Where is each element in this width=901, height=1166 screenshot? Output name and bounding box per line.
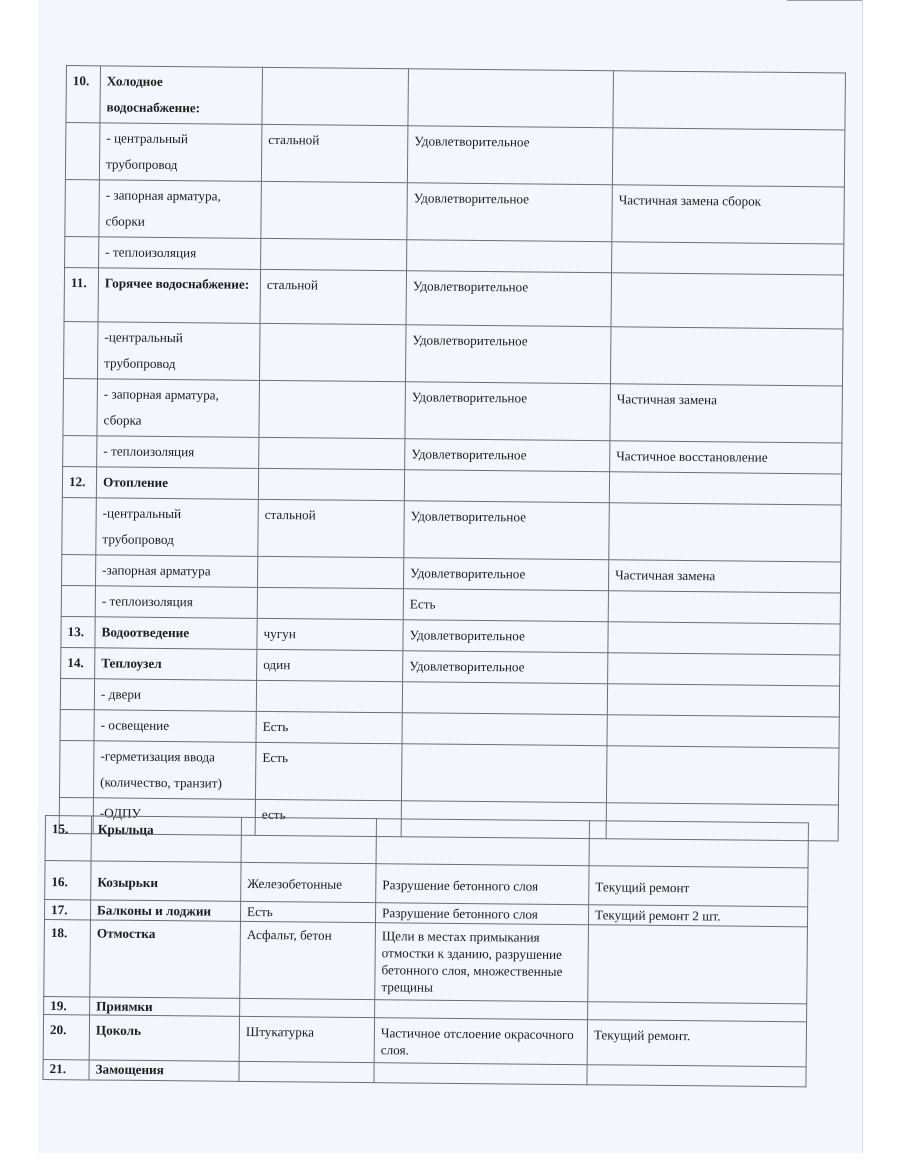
row-number: 14. [61, 647, 95, 678]
table-row: -герметизация ввода (количество, транзит… [59, 740, 839, 804]
row-number [63, 321, 98, 378]
item-material: один [257, 649, 403, 681]
item-name: Горячее водоснабжение: [98, 268, 261, 324]
item-material: Есть [255, 742, 402, 800]
item-condition: Разрушение бетонного слоя [376, 864, 589, 905]
item-action [610, 327, 843, 386]
item-name: Замощения [89, 1060, 239, 1081]
item-action [612, 242, 844, 275]
item-name: -герметизация ввода (количество, транзит… [93, 741, 256, 800]
row-number [59, 740, 94, 797]
item-material: стальной [258, 499, 405, 557]
item-material [262, 67, 409, 125]
item-condition: Удовлетворительное [407, 126, 613, 185]
item-condition [402, 713, 607, 746]
item-condition: Удовлетворительное [403, 558, 608, 591]
item-name: Балконы и лоджии [90, 900, 240, 921]
row-number: 18. [44, 920, 91, 997]
table-row: -центральный трубопровод Удовлетворитель… [63, 321, 843, 385]
table-row-11: 11. Горячее водоснабжение: стальной Удов… [64, 267, 843, 328]
item-condition: Удовлетворительное [405, 325, 611, 384]
item-name: Крыльца [91, 816, 241, 862]
item-condition: Удовлетворительное [403, 651, 608, 684]
item-action [589, 821, 808, 868]
page-edge-line [787, 0, 862, 1]
item-name: - запорная арматура, сборка [97, 379, 260, 438]
item-name: Отопление [96, 467, 258, 500]
item-condition [404, 470, 609, 503]
item-condition: Щели в местах примыкания отмостки к здан… [375, 923, 589, 1002]
item-action: Текущий ремонт. [587, 1020, 806, 1067]
item-action [607, 684, 839, 717]
row-number [63, 435, 97, 466]
row-number: 10. [66, 66, 101, 123]
item-action [588, 1002, 807, 1022]
row-number: 12. [62, 466, 96, 497]
item-material [257, 587, 403, 619]
item-condition: Удовлетворительное [405, 439, 610, 472]
row-number: 21. [43, 1059, 89, 1079]
row-number: 20. [43, 1014, 89, 1059]
item-condition: Удовлетворительное [403, 620, 608, 653]
item-material: Есть [240, 901, 375, 922]
item-name: - запорная арматура, сборки [99, 180, 262, 239]
item-condition [375, 1000, 588, 1020]
table-row: - центральный трубопровод стальной Удовл… [65, 123, 845, 187]
item-material [257, 556, 403, 588]
table-row-18: 18. Отмостка Асфальт, бетон Щели в места… [44, 920, 808, 1004]
row-number [65, 123, 100, 180]
item-material [258, 468, 404, 500]
item-material: чугун [257, 618, 403, 650]
row-number: 19. [44, 996, 90, 1014]
item-action [608, 622, 840, 655]
item-name: - теплоизоляция [97, 436, 259, 469]
item-name: - центральный трубопровод [99, 123, 262, 182]
item-name: Теплоузел [95, 648, 257, 681]
item-action [608, 653, 840, 686]
item-material [241, 817, 376, 863]
item-name: Цоколь [89, 1015, 239, 1061]
item-material [259, 437, 405, 469]
row-number [65, 236, 99, 267]
row-number [61, 585, 95, 616]
item-material [240, 998, 375, 1017]
item-material: Железобетонные [241, 862, 376, 902]
row-number [62, 554, 96, 585]
item-condition [407, 240, 612, 273]
row-number: 16. [45, 861, 91, 900]
item-name: - теплоизоляция [95, 586, 257, 619]
item-material: Асфальт, бетон [240, 921, 376, 999]
item-action: Текущий ремонт 2 шт. [588, 905, 807, 927]
item-material [239, 1061, 374, 1082]
item-name: - освещение [94, 710, 256, 743]
item-condition [408, 69, 614, 128]
item-action [609, 472, 841, 505]
table-row: -центральный трубопровод стальной Удовле… [62, 497, 842, 561]
item-action [588, 925, 808, 1004]
item-condition: Удовлетворительное [405, 382, 611, 441]
item-name: Приямки [90, 997, 240, 1016]
item-name: Козырьки [91, 861, 241, 901]
row-number [63, 378, 98, 435]
row-number: 17. [44, 900, 90, 920]
item-name: -центральный трубопровод [97, 322, 260, 381]
item-material: Есть [256, 711, 402, 743]
item-name: Водоотведение [95, 617, 257, 650]
exterior-elements-table: 15. Крыльца 16. Козырьки Железобетонные … [42, 815, 809, 1087]
row-number [60, 678, 94, 709]
item-material [256, 680, 402, 712]
item-material: Штукатурка [239, 1016, 374, 1062]
row-number: 13. [61, 616, 95, 647]
item-condition: Удовлетворительное [404, 501, 610, 560]
item-condition [401, 744, 607, 803]
item-name: Холодное водоснабжение: [100, 66, 263, 125]
item-condition [376, 819, 589, 866]
item-material [259, 323, 406, 381]
row-number [65, 179, 100, 236]
item-action: Текущий ремонт [589, 866, 808, 907]
item-name: -запорная арматура [96, 555, 258, 588]
item-action: Частичная замена [610, 384, 843, 443]
item-condition [374, 1063, 587, 1085]
item-action [608, 591, 840, 624]
item-name: Отмостка [90, 920, 241, 998]
item-action [609, 503, 842, 562]
item-action: Частичное восстановление [610, 441, 842, 474]
item-name: - теплоизоляция [99, 237, 261, 270]
item-action: Частичная замена сборок [612, 185, 845, 244]
engineering-systems-table: 10. Холодное водоснабжение: - центральны… [59, 65, 846, 841]
row-number: 11. [64, 267, 99, 321]
item-action [612, 128, 845, 187]
item-name: -центральный трубопровод [96, 498, 259, 557]
table-row: - запорная арматура, сборка Удовлетворит… [63, 378, 843, 442]
item-condition: Удовлетворительное [406, 271, 612, 327]
item-material: стальной [260, 269, 407, 324]
item-condition [402, 682, 607, 715]
table-row: - запорная арматура, сборки Удовлетворит… [65, 179, 845, 243]
table-row-15: 15. Крыльца [45, 816, 808, 868]
item-condition: Частичное отслоение окрасочного слоя. [374, 1018, 587, 1065]
row-number [60, 709, 94, 740]
table-row-20: 20. Цоколь Штукатурка Частичное отслоени… [43, 1014, 806, 1066]
item-material [261, 238, 407, 270]
row-number [62, 497, 97, 554]
item-condition: Разрушение бетонного слоя [375, 903, 588, 925]
table-row-10: 10. Холодное водоснабжение: [66, 66, 846, 130]
row-number: 15. [45, 816, 91, 861]
item-condition: Удовлетворительное [407, 183, 613, 242]
item-material [259, 380, 406, 438]
item-material: стальной [261, 124, 408, 182]
item-action [611, 273, 844, 329]
item-name: - двери [94, 679, 256, 712]
item-action [607, 715, 839, 748]
item-condition: Есть [403, 589, 608, 622]
item-action [613, 71, 846, 130]
item-action [606, 746, 839, 805]
item-action [587, 1065, 806, 1087]
item-material [261, 181, 408, 239]
item-action: Частичная замена [608, 560, 840, 593]
